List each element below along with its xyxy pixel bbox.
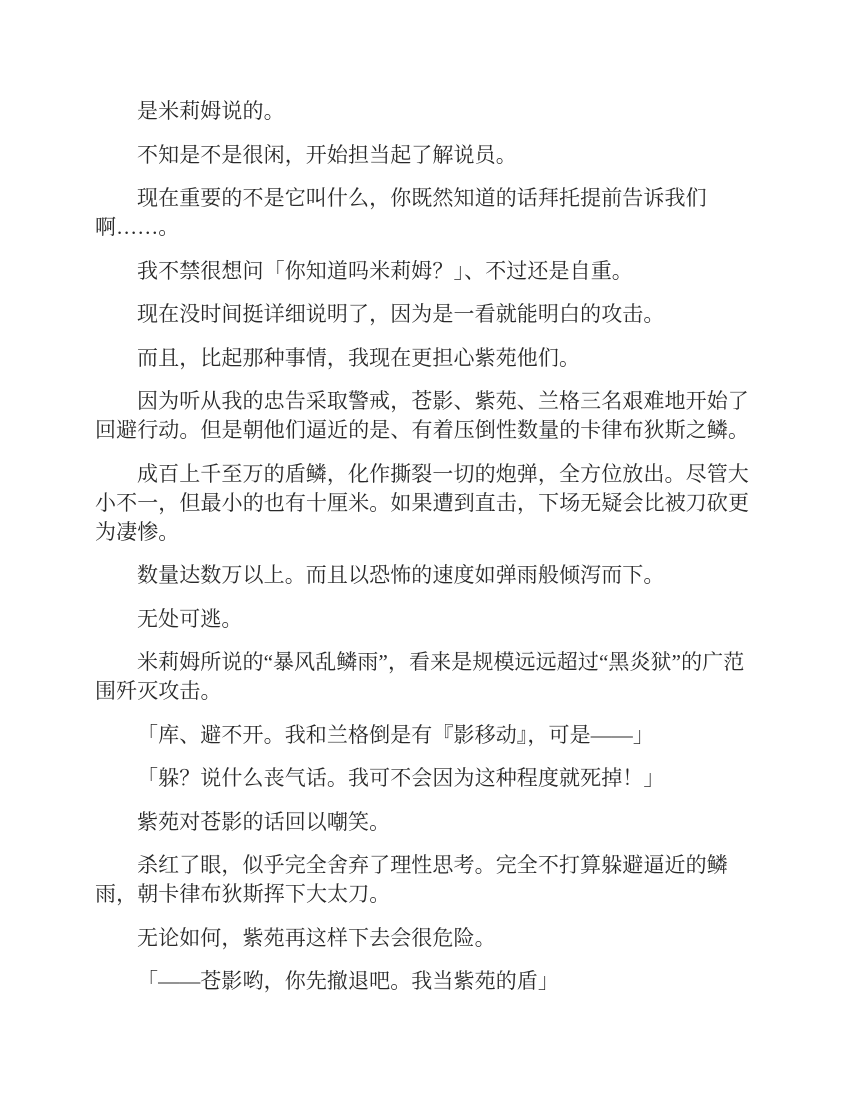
paragraph-08: 成百上千至万的盾鳞，化作撕裂一切的炮弹，全方位放出。尽管大 小不一，但最小的也有…: [95, 460, 795, 547]
paragraph-10: 无处可逃。: [95, 605, 795, 634]
paragraph-02: 不知是不是很闲，开始担当起了解说员。: [95, 141, 795, 170]
paragraph-14: 紫苑对苍影的话回以嘲笑。: [95, 808, 795, 837]
paragraph-09: 数量达数万以上。而且以恐怖的速度如弹雨般倾泻而下。: [95, 561, 795, 590]
paragraph-16: 无论如何，紫苑再这样下去会很危险。: [95, 924, 795, 953]
paragraph-15: 杀红了眼，似乎完全舍弃了理性思考。完全不打算躲避逼近的鳞 雨，朝卡律布狄斯挥下大…: [95, 851, 795, 909]
paragraph-17: 「——苍影哟，你先撤退吧。我当紫苑的盾」: [95, 967, 795, 996]
paragraph-04: 我不禁很想问「你知道吗米莉姆？」、不过还是自重。: [95, 257, 795, 286]
paragraph-01: 是米莉姆说的。: [95, 97, 795, 126]
paragraph-07: 因为听从我的忠告采取警戒，苍影、紫苑、兰格三名艰难地开始了 回避行动。但是朝他们…: [95, 387, 795, 445]
paragraph-13: 「躲？说什么丧气话。我可不会因为这种程度就死掉！」: [95, 764, 795, 793]
paragraph-06: 而且，比起那种事情，我现在更担心紫苑他们。: [95, 344, 795, 373]
paragraph-12: 「库、避不开。我和兰格倒是有『影移动』，可是——」: [95, 721, 795, 750]
paragraph-11: 米莉姆所说的“暴风乱鳞雨”，看来是规模远远超过“黑炎狱”的广范 围歼灭攻击。: [95, 648, 795, 706]
novel-page: 是米莉姆说的。 不知是不是很闲，开始担当起了解说员。 现在重要的不是它叫什么，你…: [0, 0, 850, 1100]
paragraph-03: 现在重要的不是它叫什么，你既然知道的话拜托提前告诉我们 啊……。: [95, 184, 795, 242]
paragraph-05: 现在没时间挺详细说明了，因为是一看就能明白的攻击。: [95, 300, 795, 329]
